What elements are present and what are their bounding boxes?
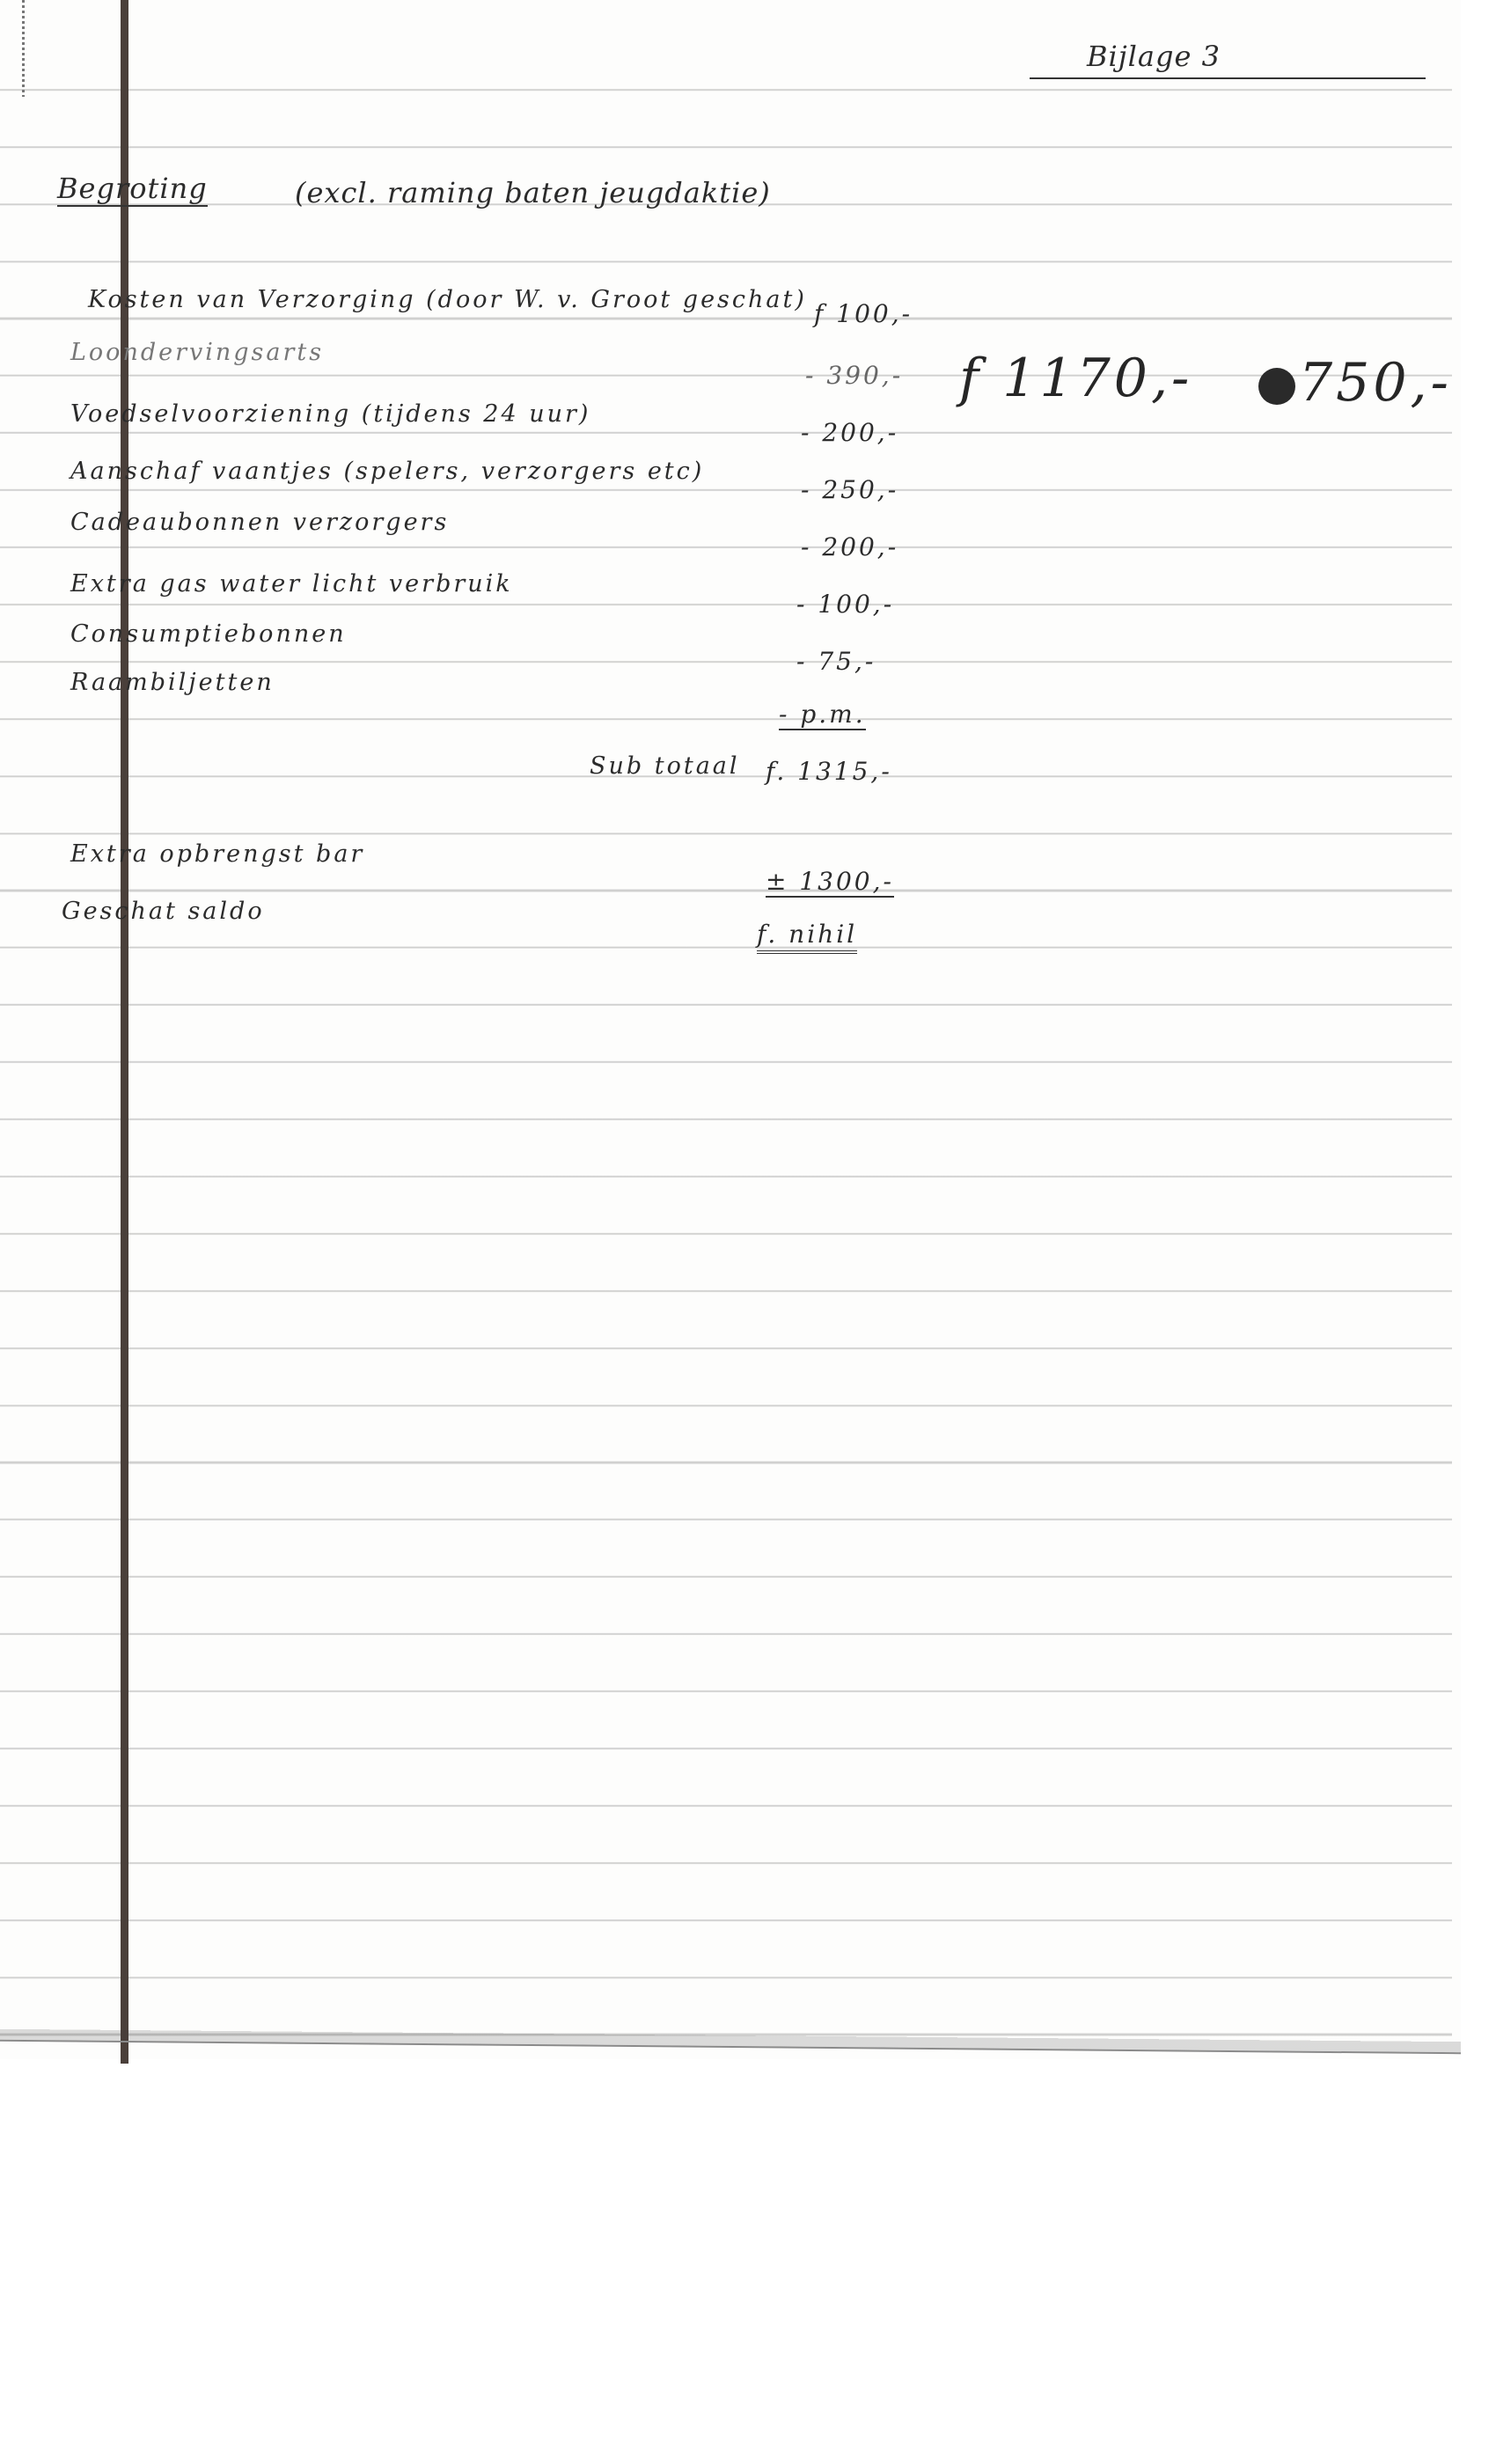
heading-subtitle: (excl. raming baten jeugdaktie) [295,176,771,209]
balance-amount: f. nihil [757,920,857,954]
cost-item-label: Raambiljetten [70,669,275,696]
income-label: Extra opbrengst bar [70,840,364,868]
margin-note-revised-value: 750,- [1299,352,1452,414]
appendix-label: Bijlage 3 [1087,40,1221,73]
heading-title: Begroting [57,172,208,207]
cost-item-label: Consumptiebonnen [70,620,347,648]
cost-item-label: Aanschaf vaantjes (spelers, verzorgers e… [70,458,704,485]
scanned-page: Bijlage 3 Begroting (excl. raming baten … [0,0,1461,2059]
income-amount: ± 1300,- [766,867,894,898]
ink-blot [1258,368,1295,405]
appendix-underline [1030,77,1426,79]
cost-item-amount: - 200,- [801,418,898,447]
cost-item-label: Voedselvoorziening (tijdens 24 uur) [70,400,590,428]
cost-item-amount: - p.m. [779,700,866,730]
cost-item-label: Loondervingsarts [70,339,324,366]
subtotal-label: Sub totaal [590,752,740,780]
cost-item-label: Kosten van Verzorging (door W. v. Groot … [88,286,807,313]
cost-item-label: Cadeaubonnen verzorgers [70,509,449,536]
cost-item-amount: - 75,- [796,647,876,676]
scan-edge-artifact [22,0,25,97]
cost-item-amount: - 100,- [796,590,894,619]
cost-item-label: Extra gas water licht verbruik [70,570,513,598]
margin-note-revised: 750,- [1258,352,1452,414]
cost-item-amount: f 100,- [814,299,913,328]
balance-label: Geschat saldo [62,898,265,925]
cost-item-amount: - 200,- [801,532,898,561]
subtotal-amount: f. 1315,- [766,757,892,786]
cost-item-amount: - 250,- [801,475,898,504]
cost-item-amount: - 390,- [805,361,903,390]
margin-note-total: f 1170,- [959,348,1192,409]
